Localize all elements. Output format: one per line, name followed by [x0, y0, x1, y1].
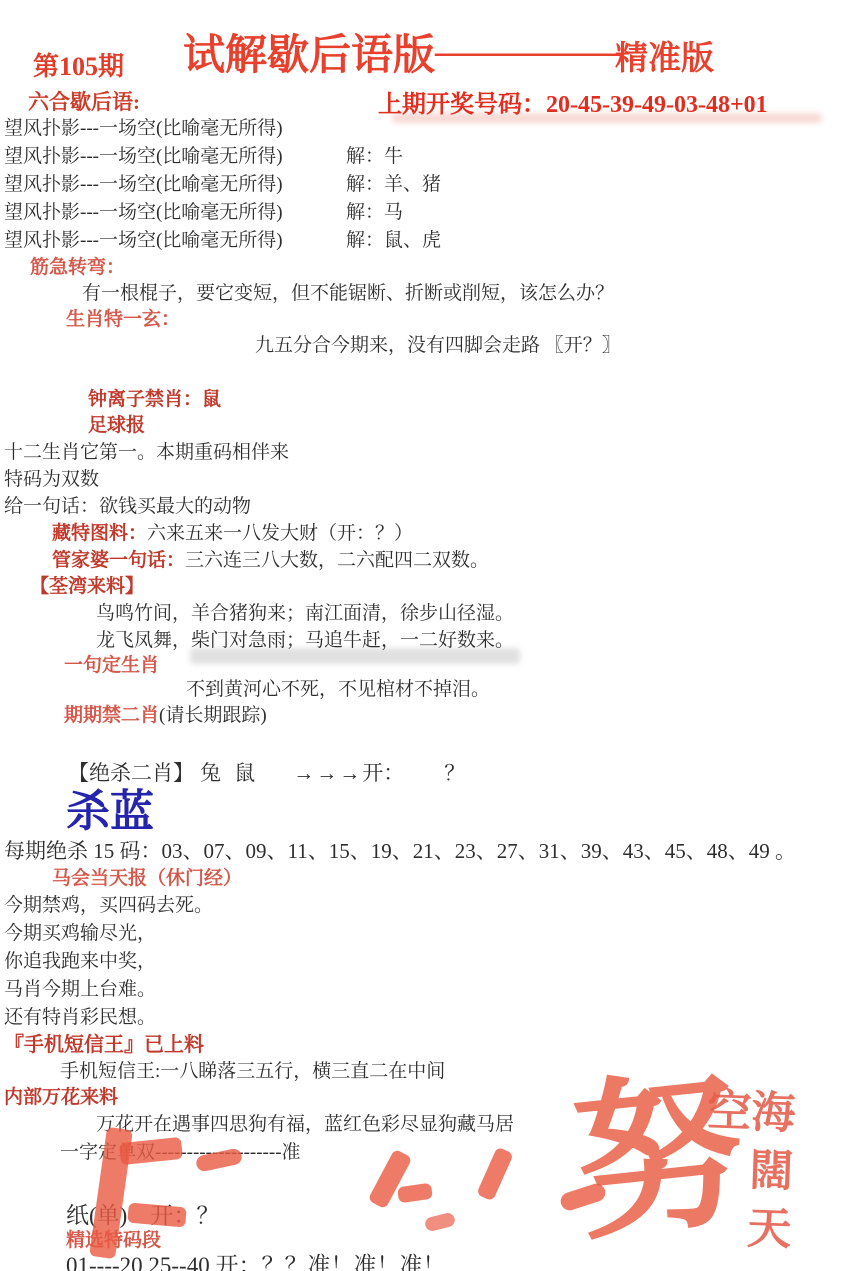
- riddle-text: 望风扑影---一场空(比喻毫无所得): [4, 143, 346, 171]
- wanhua-label: 内部万花来料: [0, 1085, 845, 1111]
- jingxuan-line: 01----20 25--40 开：？？准！准！准！: [0, 1253, 845, 1271]
- jingxuan-label: 精选特码段: [0, 1229, 845, 1253]
- cangte-text: 六来五来一八发大财（开：？）: [147, 523, 413, 544]
- wanhua-line: 万花开在遇事四思狗有福，蓝红色彩尽显狗藏马居: [0, 1111, 845, 1139]
- mahui-line3: 你追我跑来中奖，: [0, 948, 845, 976]
- riddle-text: 望风扑影---一场空(比喻毫无所得): [4, 227, 346, 255]
- quanwan-line2: 龙飞凤舞，柴门对急雨；马追牛赶，一二好数来。: [0, 627, 845, 654]
- document-content: 第105期 试解歇后语版——————精准版 六合歇后语: 上期开奖号码：20-4…: [0, 0, 845, 1271]
- riddle-answer: 解：鼠、虎: [346, 227, 441, 255]
- sms-label: 『手机短信王』已上料: [0, 1032, 845, 1058]
- juesha-open-label: 开：: [362, 761, 404, 785]
- mahui-line5: 还有特肖彩民想。: [0, 1004, 845, 1032]
- cangte-label: 藏特图料：: [52, 523, 147, 544]
- quanwan-line1: 鸟鸣竹间，羊合猪狗来；南江面清，徐步山径湿。: [0, 600, 845, 627]
- spacer: [0, 730, 845, 758]
- riddle-answer: 解：牛: [346, 143, 403, 171]
- qiqi-label: 期期禁二肖: [64, 705, 159, 726]
- title-main: 试解歇后语版: [183, 33, 435, 79]
- issue-number: 第105期: [33, 46, 124, 83]
- shengxiao-label: 生肖特一玄：: [0, 307, 845, 333]
- qiqi-line: 期期禁二肖(请长期跟踪): [0, 702, 845, 730]
- mahui-line4: 马肖今期上台难。: [0, 976, 845, 1004]
- brain-teaser-question: 有一根棍子，要它变短，但不能锯断、折断或削短，该怎么办？: [0, 281, 845, 307]
- zuqiubao-line1: 十二生肖它第一。本期重码相伴来: [0, 439, 845, 466]
- last-draw-value: 20-45-39-49-03-48+01: [546, 92, 768, 118]
- guanjiapo-label: 管家婆一句话：: [52, 550, 185, 571]
- zhi-line: 纸(单) 开：？: [0, 1203, 845, 1229]
- last-draw-numbers: 上期开奖号码：20-45-39-49-03-48+01: [378, 84, 768, 119]
- riddle-row: 望风扑影---一场空(比喻毫无所得) 解：马: [0, 199, 845, 227]
- zuqiubao-line2: 特码为双数: [0, 466, 845, 493]
- riddle-answer: 解：马: [346, 199, 403, 227]
- spacer: [0, 1167, 845, 1203]
- zuqiubao-label: 足球报: [0, 413, 845, 439]
- mahui-line2: 今期买鸡输尽光，: [0, 920, 845, 948]
- riddle-row: 望风扑影---一场空(比喻毫无所得) 解：牛: [0, 143, 845, 171]
- page-title: 试解歇后语版——————精准版: [183, 22, 714, 82]
- yiju-line: 不到黄河心不死，不见棺材不掉泪。: [0, 678, 845, 702]
- guanjiapo-line: 管家婆一句话：三六连三八大数，二六配四二双数。: [0, 547, 845, 574]
- mahui-line1: 今期禁鸡，买四码去死。: [0, 892, 845, 920]
- juesha-animals: 兔 鼠: [200, 761, 259, 785]
- juesha-line: 【绝杀二肖】兔 鼠→→→开：？: [0, 758, 845, 788]
- right-arrows: →→→: [293, 761, 362, 785]
- header: 第105期 试解歇后语版——————精准版 六合歇后语: 上期开奖号码：20-4…: [0, 0, 845, 115]
- riddle-row: 望风扑影---一场空(比喻毫无所得) 解：羊、猪: [0, 171, 845, 199]
- spacer: [0, 359, 845, 387]
- kill-numbers-values: 03、07、09、11、15、19、21、23、27、31、39、43、45、4…: [162, 839, 796, 863]
- zhongli-line: 钟离子禁肖：鼠: [0, 387, 845, 413]
- guanjiapo-text: 三六连三八大数，二六配四二双数。: [185, 550, 489, 571]
- mahui-label: 马会当天报（休门经）: [0, 866, 845, 892]
- riddle-row: 望风扑影---一场空(比喻毫无所得): [0, 115, 845, 143]
- cangte-line: 藏特图料：六来五来一八发大财（开：？）: [0, 520, 845, 547]
- brain-teaser-label: 筋急转弯：: [0, 255, 845, 281]
- lottery-tip-sheet-page: 第105期 试解歇后语版——————精准版 六合歇后语: 上期开奖号码：20-4…: [0, 0, 845, 1271]
- juesha-label: 【绝杀二肖】: [68, 761, 194, 785]
- zuqiubao-line3: 给一句话：欲钱买最大的动物: [0, 493, 845, 520]
- sms-line: 手机短信王:一八睇落三五行，横三直二在中间: [0, 1058, 845, 1085]
- yizi-line: 一字定单双--------------------准: [0, 1139, 845, 1167]
- title-sub: 精准版: [615, 41, 714, 77]
- shengxiao-line: 九五分合今期来，没有四脚会走路 〖开？〗: [0, 333, 845, 359]
- juesha-result: ？: [444, 761, 465, 785]
- riddle-text: 望风扑影---一场空(比喻毫无所得): [4, 171, 346, 199]
- kill-numbers-line: 每期绝杀 15 码：03、07、09、11、15、19、21、23、27、31、…: [0, 836, 845, 866]
- qiqi-suffix: (请长期跟踪): [159, 705, 267, 726]
- riddle-text: 望风扑影---一场空(比喻毫无所得): [4, 199, 346, 227]
- liuhe-section-label: 六合歇后语:: [28, 86, 140, 116]
- kill-blue-title: 杀蓝: [0, 788, 845, 836]
- last-draw-label: 上期开奖号码：: [378, 92, 546, 118]
- title-dash: ——————: [435, 31, 615, 71]
- kill-numbers-label: 每期绝杀 15 码：: [4, 839, 162, 863]
- riddle-answer: 解：羊、猪: [346, 171, 441, 199]
- quanwan-label: 【荃湾来料】: [0, 574, 845, 600]
- riddle-row: 望风扑影---一场空(比喻毫无所得) 解：鼠、虎: [0, 227, 845, 255]
- riddle-text: 望风扑影---一场空(比喻毫无所得): [4, 115, 346, 143]
- yiju-label: 一句定生肖: [0, 654, 845, 678]
